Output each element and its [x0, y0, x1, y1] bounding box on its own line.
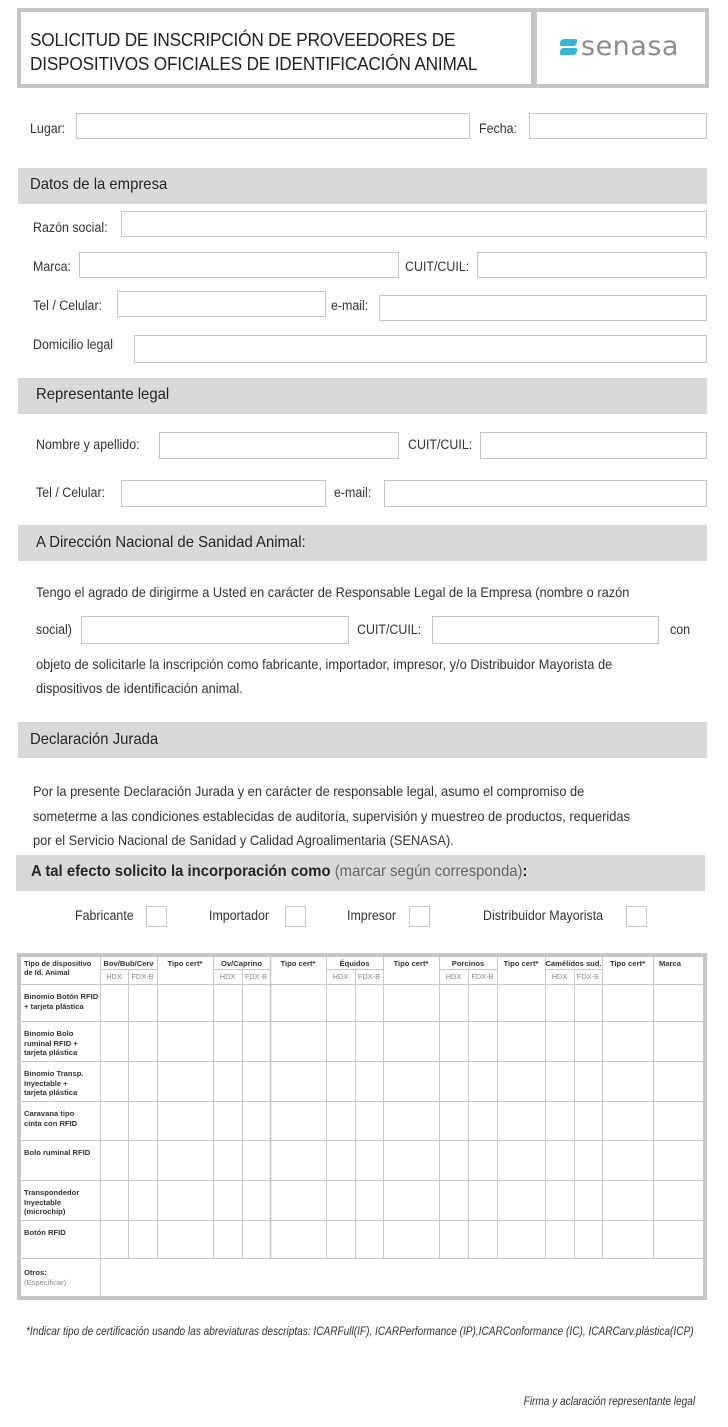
- table-cell[interactable]: [603, 1181, 653, 1220]
- table-cell[interactable]: [498, 1102, 545, 1140]
- table-cell[interactable]: [469, 1141, 497, 1180]
- table-cell[interactable]: [654, 1221, 703, 1258]
- table-cell[interactable]: [327, 1022, 355, 1061]
- table-cell[interactable]: [129, 1181, 157, 1220]
- table-cell[interactable]: [654, 1141, 703, 1180]
- table-cell[interactable]: [214, 985, 242, 1021]
- empresa-cuit-input[interactable]: [477, 252, 707, 278]
- option-importador-label: Importador: [209, 908, 269, 923]
- option-fabricante-checkbox[interactable]: [146, 906, 167, 927]
- table-cell[interactable]: [384, 1062, 439, 1101]
- table-subheader-hdx: HDX: [326, 972, 355, 981]
- table-cell[interactable]: [469, 1022, 497, 1061]
- declaracion-line-2: someterme a las condiciones establecidas…: [33, 804, 630, 829]
- rep-tel-label: Tel / Celular:: [36, 485, 105, 500]
- table-cell[interactable]: [129, 985, 157, 1021]
- page-title-line-2: DISPOSITIVOS OFICIALES DE IDENTIFICACIÓN…: [30, 52, 477, 76]
- table-cell[interactable]: [440, 1141, 468, 1180]
- table-cell[interactable]: [327, 1221, 355, 1258]
- table-cell[interactable]: [158, 985, 213, 1021]
- rep-nombre-label: Nombre y apellido:: [36, 437, 140, 452]
- direccion-con-label: con: [670, 622, 690, 637]
- empresa-email-input[interactable]: [379, 295, 707, 321]
- table-row-label: Caravana tipo cinta con RFID: [24, 1109, 102, 1128]
- table-cell[interactable]: [546, 1062, 574, 1101]
- table-row-label: Binomio Transp. Inyectable + tarjeta plá…: [24, 1069, 102, 1098]
- option-fabricante-label: Fabricante: [75, 908, 134, 923]
- domicilio-input[interactable]: [134, 335, 707, 363]
- table-cell[interactable]: [214, 1181, 242, 1220]
- table-cell[interactable]: [575, 1102, 602, 1140]
- table-cell[interactable]: [654, 1102, 703, 1140]
- incorporacion-title-bold: A tal efecto solicito la incorporación c…: [31, 863, 331, 880]
- table-cell[interactable]: [101, 1221, 128, 1258]
- table-cell[interactable]: [101, 1062, 128, 1101]
- table-cell[interactable]: [356, 1181, 383, 1220]
- empresa-tel-input[interactable]: [117, 291, 326, 317]
- table-cell[interactable]: [158, 1102, 213, 1140]
- table-header-0: Bov/Bub/Cerv: [100, 959, 157, 968]
- table-cell[interactable]: [271, 1062, 326, 1101]
- table-cell[interactable]: [214, 1221, 242, 1258]
- table-cell[interactable]: [546, 985, 574, 1021]
- page-title-line-1: SOLICITUD DE INSCRIPCIÓN DE PROVEEDORES …: [30, 28, 477, 52]
- table-subheader-fdx: FDX-B: [355, 972, 383, 981]
- section-title-incorporacion: A tal efecto solicito la incorporación c…: [31, 863, 527, 881]
- table-cell[interactable]: [654, 985, 703, 1021]
- razon-social-label: Razón social:: [33, 220, 108, 235]
- direccion-social-label: social): [36, 622, 72, 637]
- table-cell[interactable]: [440, 1062, 468, 1101]
- table-subheader-hdx: HDX: [545, 972, 574, 981]
- table-cell[interactable]: [327, 1141, 355, 1180]
- domicilio-label: Domicilio legal: [33, 337, 113, 352]
- table-cell[interactable]: [356, 1141, 383, 1180]
- table-cell[interactable]: [243, 1102, 270, 1140]
- direccion-line-4: dispositivos de identificación animal.: [36, 676, 243, 701]
- table-cell[interactable]: [575, 1181, 602, 1220]
- table-cell[interactable]: [498, 1141, 545, 1180]
- table-cell[interactable]: [384, 1102, 439, 1140]
- otros-label: Otros:: [24, 1268, 47, 1277]
- table-header-1: Tipo cert*: [157, 959, 213, 968]
- option-impresor-label: Impresor: [347, 908, 396, 923]
- table-cell[interactable]: [603, 985, 653, 1021]
- table-cell[interactable]: [384, 1141, 439, 1180]
- table-cell[interactable]: [384, 1022, 439, 1061]
- table-cell[interactable]: [440, 1221, 468, 1258]
- table-header-7: Tipo cert*: [497, 959, 545, 968]
- table-cell[interactable]: [384, 985, 439, 1021]
- section-title-declaracion: Declaración Jurada: [30, 731, 158, 749]
- table-cell[interactable]: [129, 1062, 157, 1101]
- table-header-3: Tipo cert*: [270, 959, 326, 968]
- table-cell[interactable]: [440, 1181, 468, 1220]
- table-header-device-type: Tipo de dispositivo de Id. Animal: [24, 959, 91, 977]
- table-cell[interactable]: [575, 1062, 602, 1101]
- table-cell[interactable]: [356, 1062, 383, 1101]
- fecha-label: Fecha:: [479, 121, 517, 136]
- option-distribuidor-checkbox[interactable]: [626, 906, 647, 927]
- direccion-social-input[interactable]: [81, 616, 349, 644]
- table-row-label: Transpondedor Inyectable (microchip): [24, 1188, 102, 1217]
- table-cell[interactable]: [243, 1221, 270, 1258]
- direccion-line-1: Tengo el agrado de dirigirme a Usted en …: [36, 580, 629, 605]
- table-cell[interactable]: [575, 985, 602, 1021]
- table-row-label-otros: Otros:(Especificar): [24, 1268, 102, 1287]
- table-subheader-fdx: FDX-B: [128, 972, 157, 981]
- lugar-input[interactable]: [76, 113, 470, 139]
- table-cell[interactable]: [158, 1221, 213, 1258]
- table-cell[interactable]: [243, 1022, 270, 1061]
- table-subheader-fdx: FDX-B: [242, 972, 270, 981]
- section-title-direccion: A Dirección Nacional de Sanidad Animal:: [36, 534, 306, 552]
- table-cell[interactable]: [546, 1221, 574, 1258]
- table-cell[interactable]: [101, 1022, 128, 1061]
- table-cell[interactable]: [243, 1181, 270, 1220]
- table-cell[interactable]: [356, 1022, 383, 1061]
- table-header-8: Camélidos sud.: [545, 959, 602, 968]
- table-cell[interactable]: [469, 985, 497, 1021]
- option-distribuidor-label: Distribuidor Mayorista: [483, 908, 603, 923]
- table-cell[interactable]: [498, 1181, 545, 1220]
- table-row-label: Botón RFID: [24, 1228, 102, 1238]
- table-cell[interactable]: [129, 1022, 157, 1061]
- table-cell[interactable]: [469, 1181, 497, 1220]
- table-cell[interactable]: [101, 1181, 128, 1220]
- table-cell[interactable]: [356, 1221, 383, 1258]
- table-row-label: Bolo ruminal RFID: [24, 1148, 102, 1158]
- table-cell[interactable]: [271, 1022, 326, 1061]
- direccion-cuit-label: CUIT/CUIL:: [357, 622, 421, 637]
- table-cell[interactable]: [546, 1141, 574, 1180]
- table-cell[interactable]: [575, 1141, 602, 1180]
- table-cell[interactable]: [654, 1062, 703, 1101]
- rep-email-input[interactable]: [384, 480, 707, 507]
- section-title-representante: Representante legal: [36, 386, 169, 404]
- table-cell[interactable]: [101, 1102, 128, 1140]
- table-subheader-fdx: FDX-B: [574, 972, 602, 981]
- table-cell[interactable]: [498, 1221, 545, 1258]
- table-cell[interactable]: [603, 1062, 653, 1101]
- table-cell[interactable]: [498, 1062, 545, 1101]
- table-header-9: Tipo cert*: [602, 959, 653, 968]
- table-cell[interactable]: [129, 1221, 157, 1258]
- table-cell[interactable]: [327, 985, 355, 1021]
- table-cell[interactable]: [440, 985, 468, 1021]
- otros-spec: (Especificar): [24, 1278, 102, 1288]
- option-importador-checkbox[interactable]: [285, 906, 306, 927]
- table-header-6: Porcinos: [439, 959, 497, 968]
- marca-input[interactable]: [79, 252, 399, 278]
- otros-input-cell[interactable]: [101, 1259, 703, 1296]
- lugar-label: Lugar:: [30, 121, 65, 136]
- option-impresor-checkbox[interactable]: [409, 906, 430, 927]
- table-cell[interactable]: [575, 1022, 602, 1061]
- table-subheader-hdx: HDX: [439, 972, 468, 981]
- table-cell[interactable]: [158, 1181, 213, 1220]
- senasa-logo: senasa: [560, 32, 679, 62]
- table-cell[interactable]: [654, 1022, 703, 1061]
- table-cell[interactable]: [654, 1181, 703, 1220]
- table-header-4: Équidos: [326, 959, 383, 968]
- table-subheader-hdx: HDX: [213, 972, 242, 981]
- table-cell[interactable]: [356, 1102, 383, 1140]
- section-title-empresa: Datos de la empresa: [30, 176, 167, 194]
- table-subheader-hdx: HDX: [100, 972, 128, 981]
- table-header-2: Ov/Caprino: [213, 959, 270, 968]
- table-cell[interactable]: [440, 1022, 468, 1061]
- table-cell[interactable]: [498, 1022, 545, 1061]
- table-cell[interactable]: [603, 1141, 653, 1180]
- table-cell[interactable]: [158, 1062, 213, 1101]
- table-cell[interactable]: [214, 1062, 242, 1101]
- table-cell[interactable]: [498, 985, 545, 1021]
- rep-email-label: e-mail:: [334, 485, 371, 500]
- table-cell[interactable]: [271, 1141, 326, 1180]
- incorporacion-title-muted: (marcar según corresponda): [335, 863, 523, 880]
- table-cell[interactable]: [469, 1221, 497, 1258]
- rep-cuit-input[interactable]: [480, 432, 707, 459]
- table-cell[interactable]: [469, 1062, 497, 1101]
- marca-label: Marca:: [33, 259, 71, 274]
- table-cell[interactable]: [243, 1141, 270, 1180]
- table-cell[interactable]: [356, 985, 383, 1021]
- table-cell[interactable]: [101, 1141, 128, 1180]
- table-cell[interactable]: [129, 1102, 157, 1140]
- table-cell[interactable]: [440, 1102, 468, 1140]
- table-cell[interactable]: [271, 1181, 326, 1220]
- table-cell[interactable]: [546, 1102, 574, 1140]
- table-cell[interactable]: [243, 1062, 270, 1101]
- table-header-10: Marca: [653, 959, 703, 968]
- table-cell[interactable]: [603, 1022, 653, 1061]
- table-cell[interactable]: [575, 1221, 602, 1258]
- senasa-logo-mark-icon: [560, 39, 577, 55]
- direccion-cuit-input[interactable]: [432, 616, 659, 644]
- declaracion-line-3: por el Servicio Nacional de Sanidad y Ca…: [33, 828, 454, 853]
- table-cell[interactable]: [603, 1102, 653, 1140]
- table-cell[interactable]: [214, 1022, 242, 1061]
- table-header-5: Tipo cert*: [383, 959, 439, 968]
- declaracion-line-1: Por la presente Declaración Jurada y en …: [33, 779, 584, 804]
- table-cell[interactable]: [271, 1102, 326, 1140]
- table-cell[interactable]: [158, 1141, 213, 1180]
- certification-footnote: *Indicar tipo de certificación usando la…: [26, 1324, 694, 1338]
- table-row-label: Binomio Botón RFID + tarjeta plástica: [24, 992, 102, 1011]
- incorporacion-title-colon: :: [522, 863, 527, 880]
- table-cell[interactable]: [271, 985, 326, 1021]
- table-cell[interactable]: [214, 1102, 242, 1140]
- table-cell[interactable]: [214, 1141, 242, 1180]
- table-cell[interactable]: [384, 1181, 439, 1220]
- table-cell[interactable]: [603, 1221, 653, 1258]
- table-cell[interactable]: [271, 1221, 326, 1258]
- table-cell[interactable]: [327, 1062, 355, 1101]
- razon-social-input[interactable]: [121, 211, 707, 237]
- table-cell[interactable]: [546, 1022, 574, 1061]
- empresa-cuit-label: CUIT/CUIL:: [405, 259, 469, 274]
- direccion-line-3: objeto de solicitarle la inscripción com…: [36, 652, 612, 677]
- table-cell[interactable]: [384, 1221, 439, 1258]
- empresa-email-label: e-mail:: [331, 298, 368, 313]
- table-subheader-fdx: FDX-B: [468, 972, 497, 981]
- table-cell[interactable]: [101, 985, 128, 1021]
- table-cell[interactable]: [469, 1102, 497, 1140]
- senasa-logo-text: senasa: [581, 32, 679, 62]
- table-cell[interactable]: [327, 1102, 355, 1140]
- rep-cuit-label: CUIT/CUIL:: [408, 437, 472, 452]
- page-title: SOLICITUD DE INSCRIPCIÓN DE PROVEEDORES …: [30, 28, 477, 76]
- table-row-label: Binomio Bolo ruminal RFID + tarjeta plás…: [24, 1029, 102, 1058]
- rep-nombre-input[interactable]: [159, 432, 399, 459]
- signature-label: Firma y aclaración representante legal: [524, 1394, 695, 1408]
- fecha-input[interactable]: [529, 113, 707, 139]
- empresa-tel-label: Tel / Celular:: [33, 298, 102, 313]
- table-cell[interactable]: [243, 985, 270, 1021]
- rep-tel-input[interactable]: [121, 480, 326, 507]
- table-cell[interactable]: [129, 1141, 157, 1180]
- table-cell[interactable]: [546, 1181, 574, 1220]
- table-cell[interactable]: [158, 1022, 213, 1061]
- table-cell[interactable]: [327, 1181, 355, 1220]
